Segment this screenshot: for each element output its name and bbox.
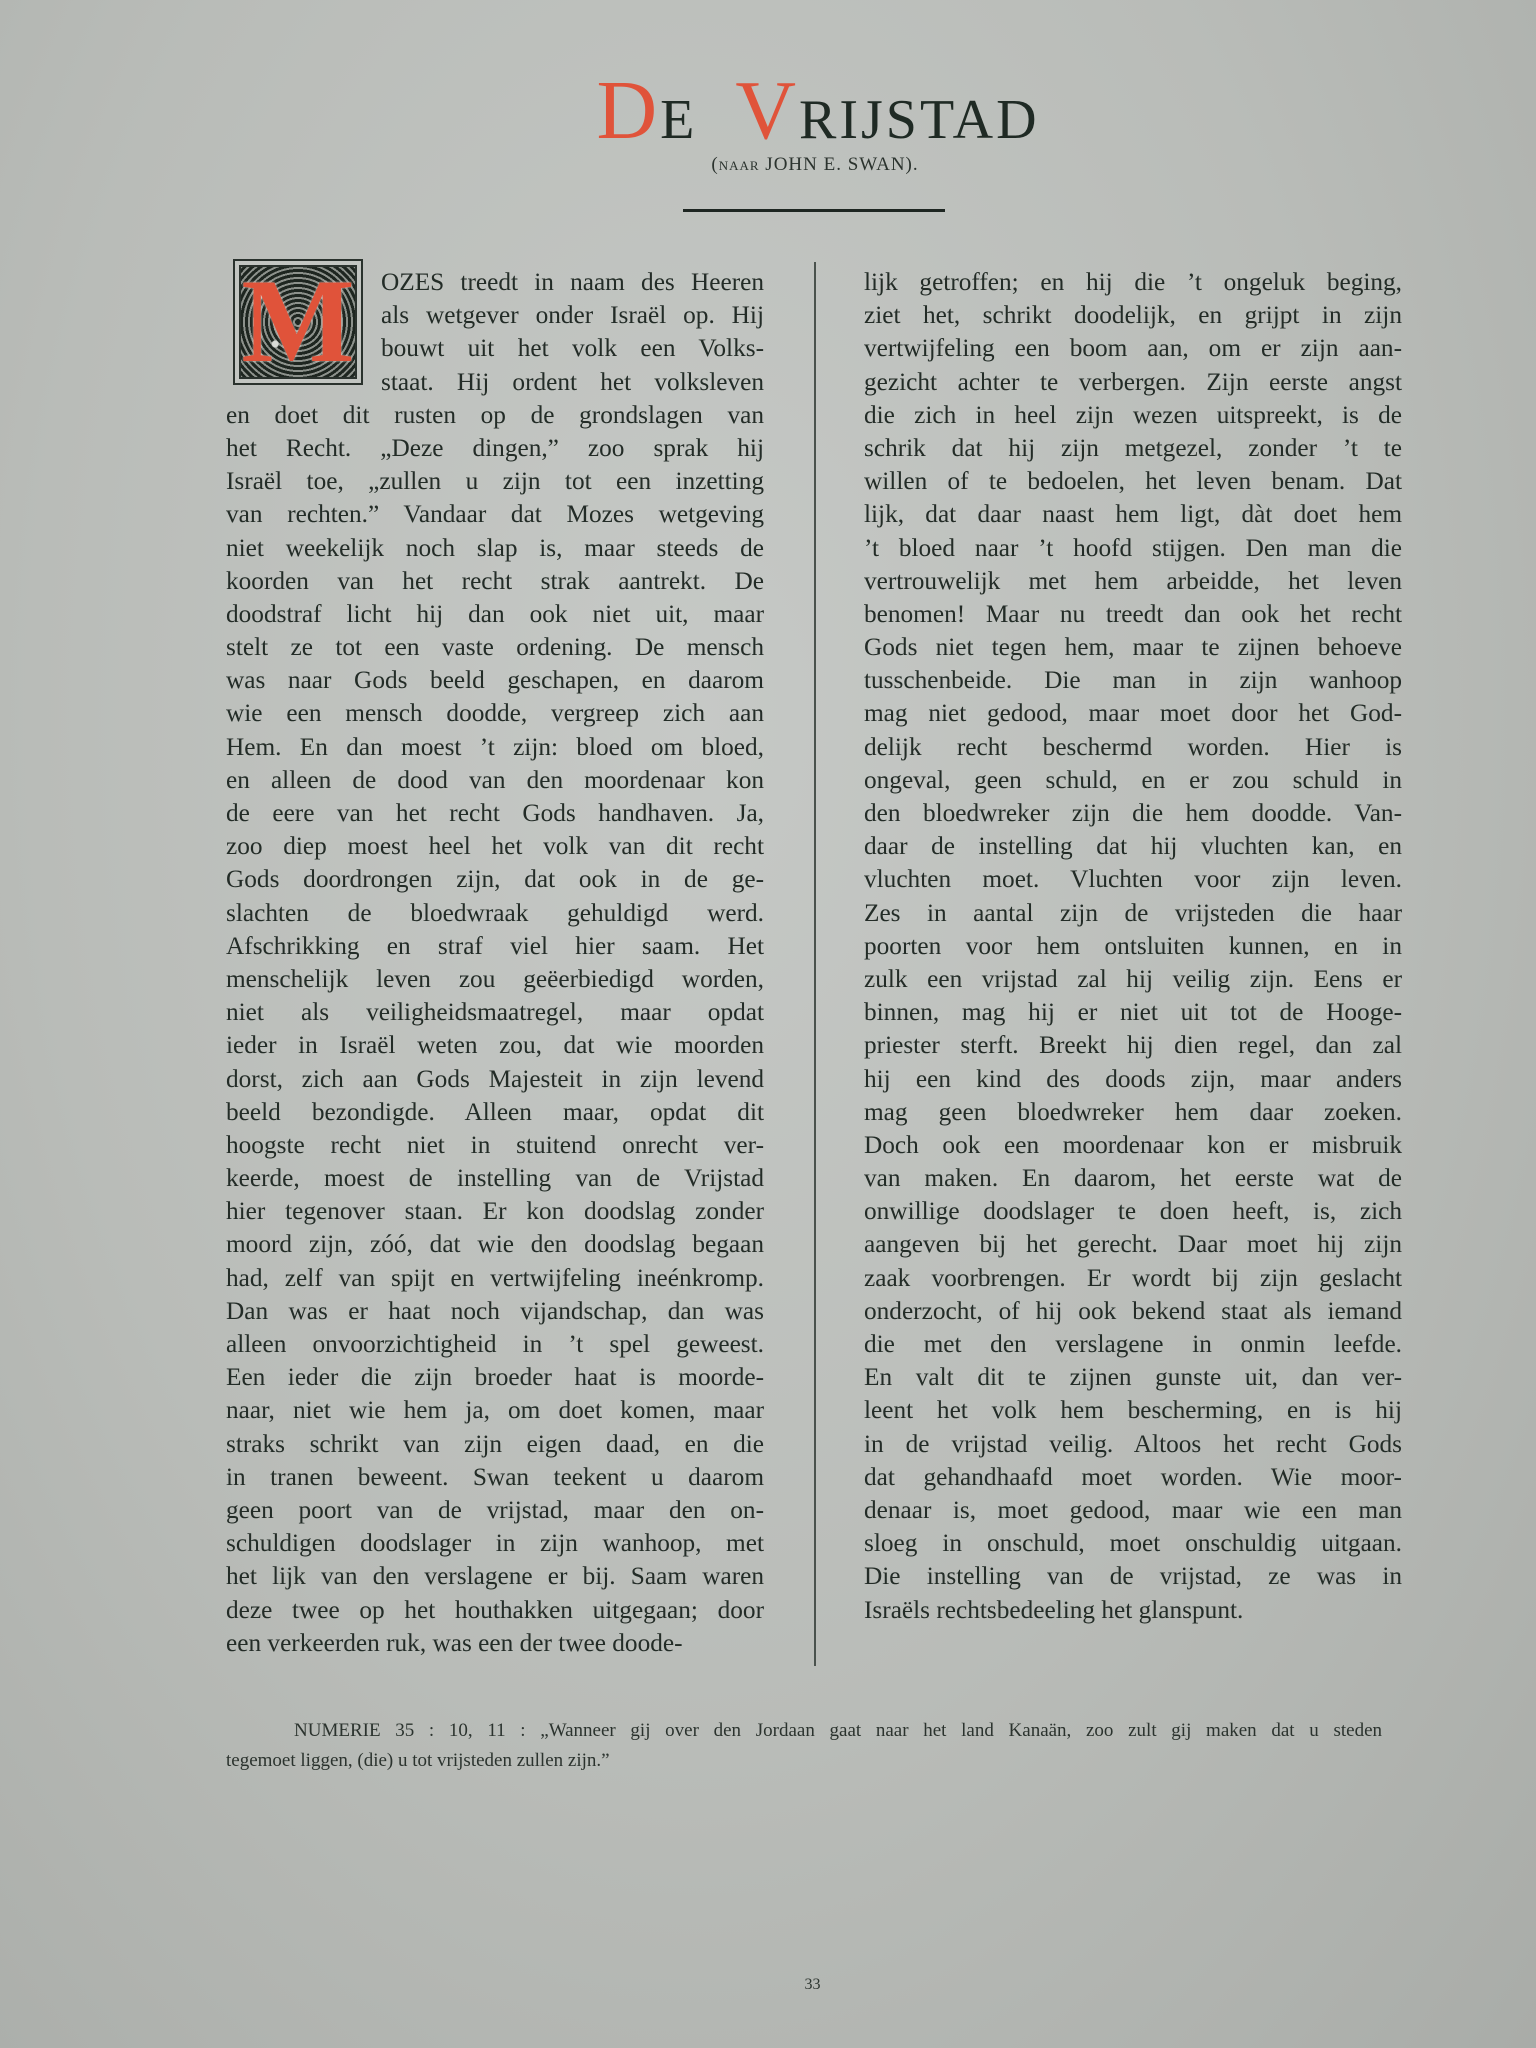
- text-line: dat gehandhaafd moet worden. Wie moor-: [864, 1461, 1402, 1494]
- text-line: tusschenbeide. Die man in zijn wanhoop: [864, 664, 1402, 697]
- text-line: had, zelf van spijt en vertwijfeling ine…: [226, 1262, 764, 1295]
- text-line: stelt ze tot een vaste ordening. De mens…: [226, 631, 764, 664]
- text-line: Hem. En dan moest ’t zijn: bloed om bloe…: [226, 731, 764, 764]
- text-line: lijk getroffen; en hij die ’t ongeluk be…: [864, 266, 1402, 299]
- title-initial-d: D: [596, 64, 660, 157]
- text-line: Israël toe, „zullen u zijn tot een inzet…: [226, 465, 764, 498]
- text-line: sloeg in onschuld, moet onschuldig uitga…: [864, 1527, 1402, 1560]
- text-line: menschelijk leven zou geëerbiedigd worde…: [226, 963, 764, 996]
- column-divider: [814, 262, 816, 1666]
- text-line: van rechten.” Vandaar dat Mozes wetgevin…: [226, 498, 764, 531]
- text-line: Zes in aantal zijn de vrijsteden die haa…: [864, 897, 1402, 930]
- subtitle-naar: NAAR: [719, 158, 760, 173]
- book-page: DEVRIJSTAD (NAAR JOHN E. SWAN). M OZES t…: [0, 0, 1536, 2048]
- text-line: zoo diep moest heel het volk van dit rec…: [226, 830, 764, 863]
- page-number: 33: [0, 1976, 1536, 1994]
- text-line: onwillige doodslager te doen heeft, is, …: [864, 1195, 1402, 1228]
- text-line: hier tegenover staan. Er kon doodslag zo…: [226, 1195, 764, 1228]
- text-line: OZES treedt in naam des Heeren: [226, 266, 764, 299]
- text-line: ieder in Israël weten zou, dat wie moord…: [226, 1029, 764, 1062]
- text-line: hij een kind des doods zijn, maar anders: [864, 1063, 1402, 1096]
- text-line: slachten de bloedwraak gehuldigd werd.: [226, 897, 764, 930]
- text-line: den bloedwreker zijn die hem doodde. Van…: [864, 797, 1402, 830]
- subtitle-paren: (: [711, 154, 718, 175]
- text-line: priester sterft. Breekt hij dien regel, …: [864, 1029, 1402, 1062]
- text-line: als wetgever onder Israël op. Hij: [226, 299, 764, 332]
- text-line: mag niet gedood, maar moet door het God-: [864, 697, 1402, 730]
- text-line: deze twee op het houthakken uitgegaan; d…: [226, 1594, 764, 1627]
- text-line: schuldigen doodslager in zijn wanhoop, m…: [226, 1527, 764, 1560]
- text-line: zaak voorbrengen. Er wordt bij zijn gesl…: [864, 1262, 1402, 1295]
- text-line: Gods doordrongen zijn, dat ook in de ge-: [226, 863, 764, 896]
- text-line: alleen onvoorzichtigheid in ’t spel gewe…: [226, 1328, 764, 1361]
- text-line: in de vrijstad veilig. Altoos het recht …: [864, 1428, 1402, 1461]
- text-line: daar de instelling dat hij vluchten kan,…: [864, 830, 1402, 863]
- left-column-text: OZES treedt in naam des Heerenals wetgev…: [226, 266, 764, 1660]
- text-line: die zich in heel zijn wezen uitspreekt, …: [864, 399, 1402, 432]
- right-column-text: lijk getroffen; en hij die ’t ongeluk be…: [864, 266, 1402, 1627]
- text-line: Afschrikking en straf viel hier saam. He…: [226, 930, 764, 963]
- text-line: het Recht. „Deze dingen,” zoo sprak hij: [226, 432, 764, 465]
- page-title: DEVRIJSTAD: [0, 62, 1536, 159]
- text-line: benomen! Maar nu treedt dan ook het rech…: [864, 598, 1402, 631]
- text-line: niet weekelijk noch slap is, maar steeds…: [226, 532, 764, 565]
- text-line: lijk, dat daar naast hem ligt, dàt doet …: [864, 498, 1402, 531]
- text-line: hoogste recht niet in stuitend onrecht v…: [226, 1129, 764, 1162]
- text-line: ’t bloed naar ’t hoofd stijgen. Den man …: [864, 532, 1402, 565]
- text-line: schrik dat hij zijn metgezel, zonder ’t …: [864, 432, 1402, 465]
- text-line: Dan was er haat noch vijandschap, dan wa…: [226, 1295, 764, 1328]
- text-line: vluchten moet. Vluchten voor zijn leven.: [864, 863, 1402, 896]
- text-line: straks schrikt van zijn eigen daad, en d…: [226, 1428, 764, 1461]
- footnote-line: tegemoet liggen, (die) u tot vrijsteden …: [226, 1746, 1382, 1776]
- text-line: wie een mensch doodde, vergreep zich aan: [226, 697, 764, 730]
- text-line: willen of te bedoelen, het leven benam. …: [864, 465, 1402, 498]
- text-line: onderzocht, of hij ook bekend staat als …: [864, 1295, 1402, 1328]
- text-line: en alleen de dood van den moordenaar kon: [226, 764, 764, 797]
- text-line: Israëls rechtsbedeeling het glanspunt.: [864, 1594, 1402, 1627]
- text-line: en doet dit rusten op de grondslagen van: [226, 399, 764, 432]
- text-line: vertrouwelijk met hem arbeidde, het leve…: [864, 565, 1402, 598]
- title-rest-vrijstad: RIJSTAD: [799, 89, 1040, 151]
- text-line: van maken. En daarom, het eerste wat de: [864, 1162, 1402, 1195]
- text-line: een verkeerden ruk, was een der twee doo…: [226, 1627, 764, 1660]
- text-line: Die instelling van de vrijstad, ze was i…: [864, 1560, 1402, 1593]
- title-rest-de: E: [660, 89, 697, 151]
- text-line: moord zijn, zóó, dat wie den doodslag be…: [226, 1228, 764, 1261]
- footnote-line: NUMERIE 35 : 10, 11 : „Wanneer gij over …: [226, 1716, 1382, 1746]
- text-line: in tranen beweent. Swan teekent u daarom: [226, 1461, 764, 1494]
- text-line: ziet het, schrikt doodelijk, en grijpt i…: [864, 299, 1402, 332]
- text-line: het lijk van den verslagene er bij. Saam…: [226, 1560, 764, 1593]
- title-rule-divider: [683, 209, 945, 212]
- text-line: En valt dit te zijnen gunste uit, dan ve…: [864, 1361, 1402, 1394]
- text-line: geen poort van de vrijstad, maar den on-: [226, 1494, 764, 1527]
- text-line: naar, niet wie hem ja, om doet komen, ma…: [226, 1394, 764, 1427]
- text-line: Een ieder die zijn broeder haat is moord…: [226, 1361, 764, 1394]
- text-line: was naar Gods beeld geschapen, en daarom: [226, 664, 764, 697]
- text-line: ongeval, geen schuld, en er zou schuld i…: [864, 764, 1402, 797]
- text-line: bouwt uit het volk een Volks-: [226, 332, 764, 365]
- footnote-scripture-reference: NUMERIE 35 : 10, 11 : „Wanneer gij over …: [226, 1716, 1382, 1776]
- subtitle-author: JOHN E. SWAN).: [760, 154, 919, 175]
- text-line: gezicht achter te verbergen. Zijn eerste…: [864, 366, 1402, 399]
- text-line: Doch ook een moordenaar kon er misbruik: [864, 1129, 1402, 1162]
- text-line: de eere van het recht Gods handhaven. Ja…: [226, 797, 764, 830]
- text-line: niet als veiligheidsmaatregel, maar opda…: [226, 996, 764, 1029]
- text-line: denaar is, moet gedood, maar wie een man: [864, 1494, 1402, 1527]
- text-line: binnen, mag hij er niet uit tot de Hooge…: [864, 996, 1402, 1029]
- text-line: dorst, zich aan Gods Majesteit in zijn l…: [226, 1063, 764, 1096]
- text-line: keerde, moest de instelling van de Vrijs…: [226, 1162, 764, 1195]
- text-line: koorden van het recht strak aantrekt. De: [226, 565, 764, 598]
- text-line: die met den verslagene in onmin leefde.: [864, 1328, 1402, 1361]
- text-line: delijk recht beschermd worden. Hier is: [864, 731, 1402, 764]
- text-line: poorten voor hem ontsluiten kunnen, en i…: [864, 930, 1402, 963]
- text-line: mag geen bloedwreker hem daar zoeken.: [864, 1096, 1402, 1129]
- text-line: vertwijfeling een boom aan, om er zijn a…: [864, 332, 1402, 365]
- text-line: doodstraf licht hij dan ook niet uit, ma…: [226, 598, 764, 631]
- text-line: leent het volk hem bescherming, en is hi…: [864, 1394, 1402, 1427]
- subtitle-attribution: (NAAR JOHN E. SWAN).: [0, 154, 1536, 176]
- text-line: staat. Hij ordent het volksleven: [226, 366, 764, 399]
- text-line: aangeven bij het gerecht. Daar moet hij …: [864, 1228, 1402, 1261]
- title-initial-v: V: [735, 64, 799, 157]
- text-line: beeld bezondigde. Alleen maar, opdat dit: [226, 1096, 764, 1129]
- text-line: zulk een vrijstad zal hij veilig zijn. E…: [864, 963, 1402, 996]
- text-line: Gods niet tegen hem, maar te zijnen beho…: [864, 631, 1402, 664]
